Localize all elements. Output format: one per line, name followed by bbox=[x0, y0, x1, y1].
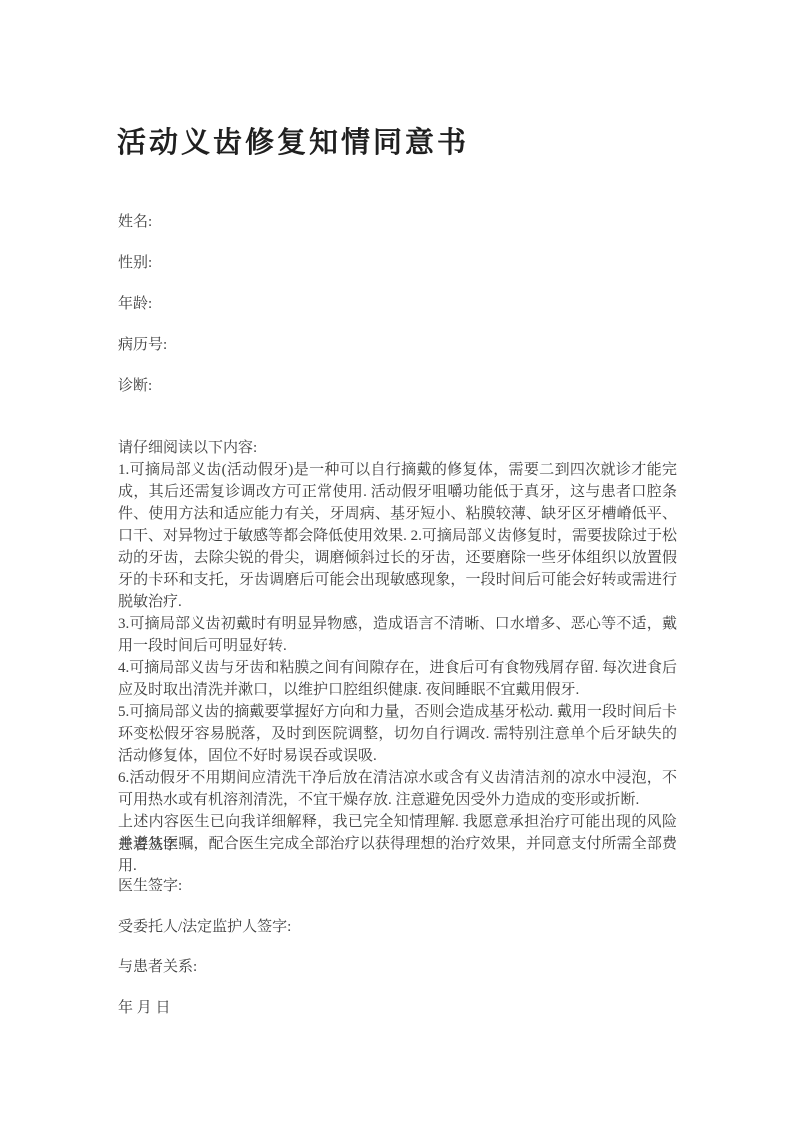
doctor-signature-label: 医生签字: bbox=[118, 877, 678, 918]
notice-paragraph-3: 4.可摘局部义齿与牙齿和粘膜之间有间隙存在，进食后可有食物残屑存留. 每次进食后… bbox=[118, 657, 677, 701]
date-line-label: 年 月 日 bbox=[118, 999, 678, 1040]
notice-intro: 请仔细阅读以下内容: bbox=[118, 437, 677, 459]
field-name-label: 姓名: bbox=[118, 213, 678, 254]
notice-paragraph-2: 3.可摘局部义齿初戴时有明显异物感，造成语言不清晰、口水增多、恶心等不适，戴用一… bbox=[118, 613, 677, 657]
notice-paragraph-4: 5.可摘局部义齿的摘戴要掌握好方向和力量，否则会造成基牙松动. 戴用一段时间后卡… bbox=[118, 701, 677, 767]
signature-section: 患者签字: 医生签字: 受委托人/法定监护人签字: 与患者关系: 年 月 日 bbox=[118, 836, 678, 1040]
document-title: 活动义齿修复知情同意书 bbox=[117, 120, 469, 161]
consent-notice-body: 请仔细阅读以下内容: 1.可摘局部义齿(活动假牙)是一种可以自行摘戴的修复体，需… bbox=[118, 437, 677, 877]
document-page: 活动义齿修复知情同意书 姓名: 性别: 年龄: 病历号: 诊断: 请仔细阅读以下… bbox=[0, 0, 793, 1122]
field-age-label: 年龄: bbox=[118, 295, 678, 336]
guardian-signature-label: 受委托人/法定监护人签字: bbox=[118, 918, 678, 959]
notice-paragraph-5: 6.活动假牙不用期间应清洗干净后放在清洁凉水或含有义齿清洁剂的凉水中浸泡，不可用… bbox=[118, 767, 677, 811]
field-diagnosis-label: 诊断: bbox=[118, 377, 678, 418]
notice-paragraph-1: 1.可摘局部义齿(活动假牙)是一种可以自行摘戴的修复体，需要二到四次就诊才能完成… bbox=[118, 459, 677, 613]
patient-signature-label: 患者签字: bbox=[118, 836, 678, 877]
field-medical-record-number-label: 病历号: bbox=[118, 336, 678, 377]
field-gender-label: 性别: bbox=[118, 254, 678, 295]
patient-info-fields: 姓名: 性别: 年龄: 病历号: 诊断: bbox=[118, 213, 678, 418]
relationship-to-patient-label: 与患者关系: bbox=[118, 958, 678, 999]
